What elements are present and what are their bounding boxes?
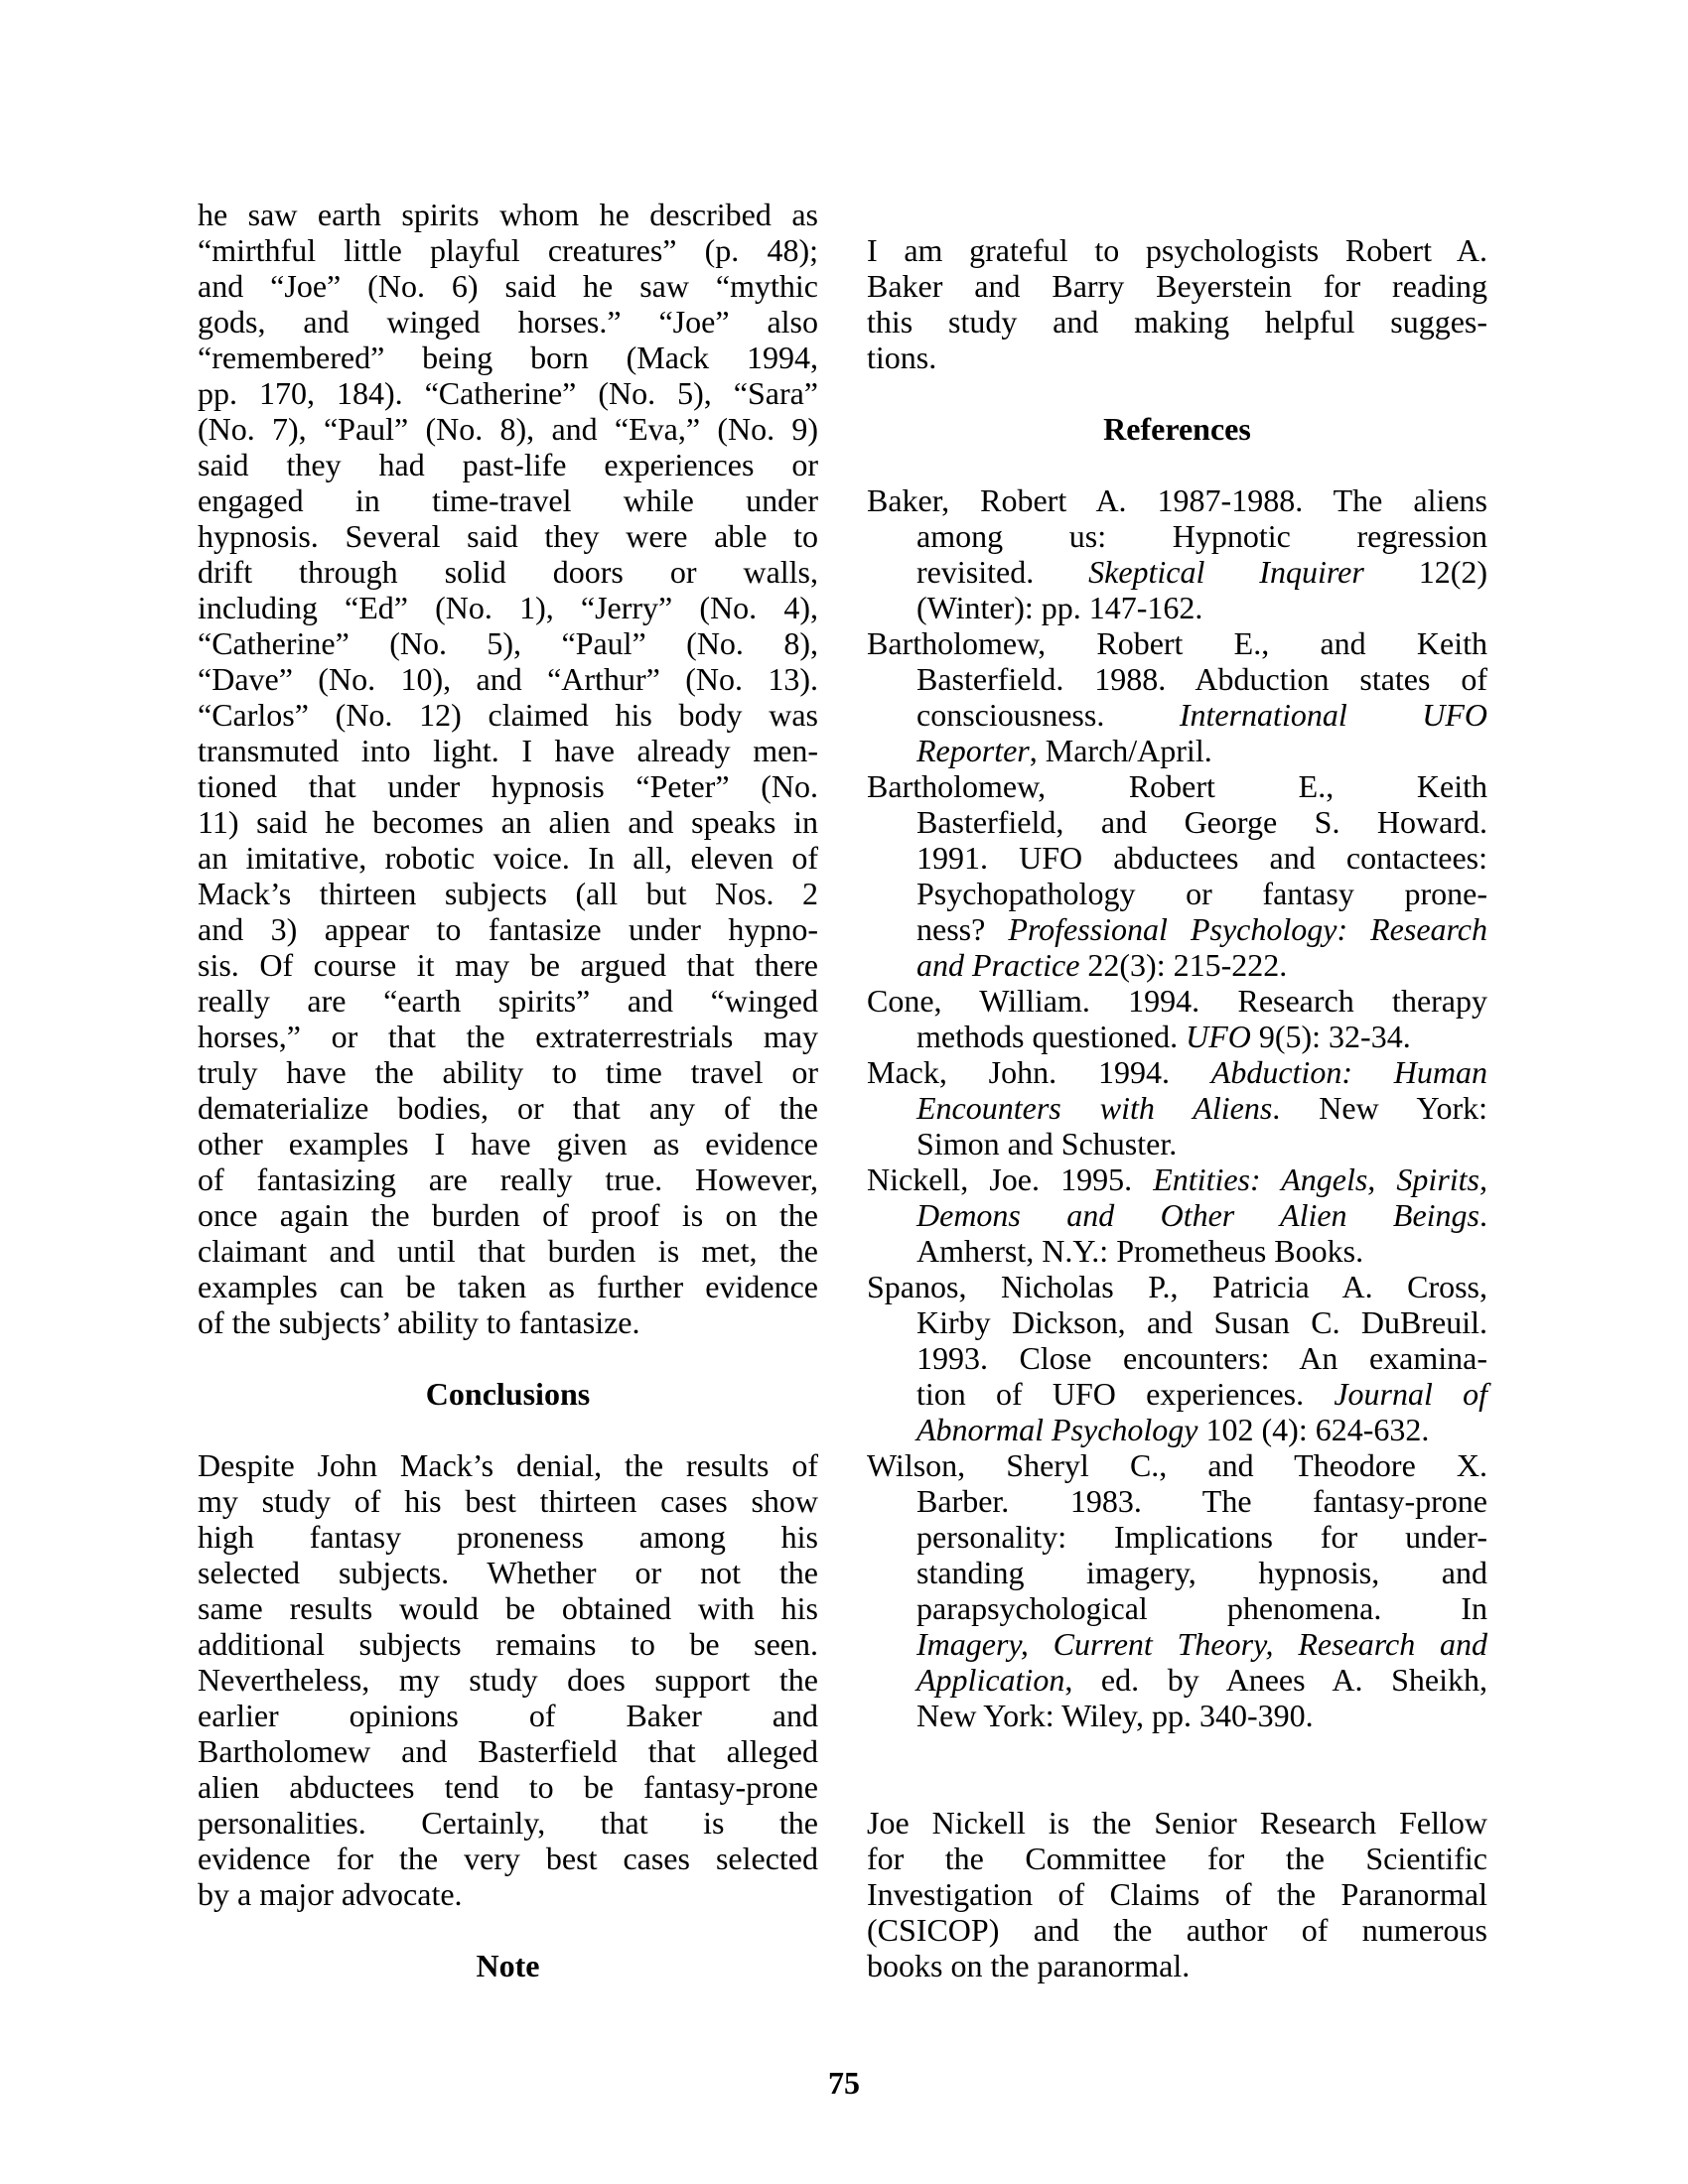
text-line: “Catherine” (No. 5), “Paul” (No. 8), <box>198 625 818 661</box>
italic-title: Encounters with Aliens <box>916 1090 1272 1126</box>
text-line: examples can be taken as further evidenc… <box>198 1269 818 1304</box>
reference-entry: Bartholomew, Robert E., KeithBasterfield… <box>867 768 1487 983</box>
reference-line: methods questioned. UFO 9(5): 32-34. <box>867 1019 1487 1054</box>
reference-line: (Winter): pp. 147-162. <box>867 590 1487 625</box>
text-line: he saw earth spirits whom he described a… <box>198 197 818 232</box>
reference-line: Application, ed. by Anees A. Sheikh, <box>867 1662 1487 1698</box>
italic-title: Entities: Angels, Spirits, <box>1153 1161 1487 1197</box>
reference-line: Imagery, Current Theory, Research and <box>867 1626 1487 1662</box>
reference-line: parapsychological phenomena. In <box>867 1590 1487 1626</box>
reference-line: Basterfield. 1988. Abduction states of <box>867 661 1487 697</box>
text-line: and “Joe” (No. 6) said he saw “mythic <box>198 268 818 304</box>
text-line: additional subjects remains to be seen. <box>198 1626 818 1662</box>
text-line: hypnosis. Several said they were able to <box>198 518 818 554</box>
spacer <box>867 1733 1487 1805</box>
reference-line: ness? Professional Psychology: Research <box>867 911 1487 947</box>
reference-line: personality: Implications for under- <box>867 1519 1487 1555</box>
reference-line: Bartholomew, Robert E., and Keith <box>867 625 1487 661</box>
text-line: sis. Of course it may be argued that the… <box>198 947 818 983</box>
italic-title: Imagery, Current Theory, Research and <box>916 1626 1487 1662</box>
text-line: and 3) appear to fantasize under hypno- <box>198 911 818 947</box>
reference-line: Basterfield, and George S. Howard. <box>867 804 1487 840</box>
reference-line: consciousness. International UFO <box>867 697 1487 733</box>
text-line: an imitative, robotic voice. In all, ele… <box>198 840 818 876</box>
text-line: Investigation of Claims of the Paranorma… <box>867 1876 1487 1912</box>
text-line: Bartholomew and Basterfield that alleged <box>198 1733 818 1769</box>
document-page: he saw earth spirits whom he described a… <box>0 0 1688 2184</box>
reference-line: 1991. UFO abductees and contactees: <box>867 840 1487 876</box>
conclusions-heading: Conclusions <box>198 1376 818 1412</box>
text-line: horses,” or that the extraterrestrials m… <box>198 1019 818 1054</box>
text-line: alien abductees tend to be fantasy-prone <box>198 1769 818 1805</box>
reference-line: standing imagery, hypnosis, and <box>867 1555 1487 1590</box>
reference-entry: Spanos, Nicholas P., Patricia A. Cross,K… <box>867 1269 1487 1447</box>
reference-line: revisited. Skeptical Inquirer 12(2) <box>867 554 1487 590</box>
body-paragraph: he saw earth spirits whom he described a… <box>198 197 818 1340</box>
text-line: earlier opinions of Baker and <box>198 1698 818 1733</box>
references-heading: References <box>867 411 1487 447</box>
italic-title: Journal of <box>1334 1376 1487 1412</box>
reference-line: Bartholomew, Robert E., Keith <box>867 768 1487 804</box>
note-heading: Note <box>198 1948 818 1983</box>
reference-line: Demons and Other Alien Beings. <box>867 1197 1487 1233</box>
text-line: gods, and winged horses.” “Joe” also <box>198 304 818 340</box>
text-line: engaged in time-travel while under <box>198 482 818 518</box>
reference-line: and Practice 22(3): 215-222. <box>867 947 1487 983</box>
text-line: personalities. Certainly, that is the <box>198 1805 818 1841</box>
reference-line: Abnormal Psychology 102 (4): 624-632. <box>867 1412 1487 1447</box>
text-line: other examples I have given as evidence <box>198 1126 818 1161</box>
text-line: pp. 170, 184). “Catherine” (No. 5), “Sar… <box>198 375 818 411</box>
text-line: really are “earth spirits” and “winged <box>198 983 818 1019</box>
right-column: I am grateful to psychologists Robert A.… <box>867 232 1487 1983</box>
text-line: selected subjects. Whether or not the <box>198 1555 818 1590</box>
left-column: he saw earth spirits whom he described a… <box>198 197 818 2019</box>
text-line: said they had past-life experiences or <box>198 447 818 482</box>
reference-line: Simon and Schuster. <box>867 1126 1487 1161</box>
reference-entry: Bartholomew, Robert E., and KeithBasterf… <box>867 625 1487 768</box>
reference-line: Spanos, Nicholas P., Patricia A. Cross, <box>867 1269 1487 1304</box>
text-line: “Dave” (No. 10), and “Arthur” (No. 13). <box>198 661 818 697</box>
reference-line: 1993. Close encounters: An examina- <box>867 1340 1487 1376</box>
text-line: “Carlos” (No. 12) claimed his body was <box>198 697 818 733</box>
reference-line: Nickell, Joe. 1995. Entities: Angels, Sp… <box>867 1161 1487 1197</box>
reference-line: Kirby Dickson, and Susan C. DuBreuil. <box>867 1304 1487 1340</box>
text-line: Despite John Mack’s denial, the results … <box>198 1447 818 1483</box>
reference-line: Reporter, March/April. <box>867 733 1487 768</box>
text-line: tions. <box>867 340 1487 375</box>
reference-entry: Cone, William. 1994. Research therapymet… <box>867 983 1487 1054</box>
text-line: of fantasizing are really true. However, <box>198 1161 818 1197</box>
text-line: my study of his best thirteen cases show <box>198 1483 818 1519</box>
text-line: (CSICOP) and the author of numerous <box>867 1912 1487 1948</box>
reference-line: among us: Hypnotic regression <box>867 518 1487 554</box>
text-line: claimant and until that burden is met, t… <box>198 1233 818 1269</box>
text-line: I am grateful to psychologists Robert A. <box>867 232 1487 268</box>
italic-title: Application <box>916 1662 1064 1698</box>
italic-title: Abnormal Psychology <box>916 1412 1198 1447</box>
reference-line: Baker, Robert A. 1987-1988. The aliens <box>867 482 1487 518</box>
reference-entry: Mack, John. 1994. Abduction: HumanEncoun… <box>867 1054 1487 1161</box>
text-line: tioned that under hypnosis “Peter” (No. <box>198 768 818 804</box>
italic-title: Demons and Other Alien Beings <box>916 1197 1479 1233</box>
reference-line: Mack, John. 1994. Abduction: Human <box>867 1054 1487 1090</box>
text-line: high fantasy proneness among his <box>198 1519 818 1555</box>
text-line: Mack’s thirteen subjects (all but Nos. 2 <box>198 876 818 911</box>
text-line: Nevertheless, my study does support the <box>198 1662 818 1698</box>
text-line: this study and making helpful sugges- <box>867 304 1487 340</box>
text-line: evidence for the very best cases selecte… <box>198 1841 818 1876</box>
reference-line: tion of UFO experiences. Journal of <box>867 1376 1487 1412</box>
text-line: drift through solid doors or walls, <box>198 554 818 590</box>
reference-line: Encounters with Aliens. New York: <box>867 1090 1487 1126</box>
text-line: transmuted into light. I have already me… <box>198 733 818 768</box>
italic-title: Professional Psychology: Research <box>1008 911 1487 947</box>
text-line: 11) said he becomes an alien and speaks … <box>198 804 818 840</box>
text-line: dematerialize bodies, or that any of the <box>198 1090 818 1126</box>
text-line: “mirthful little playful creatures” (p. … <box>198 232 818 268</box>
text-line: once again the burden of proof is on the <box>198 1197 818 1233</box>
reference-entry: Wilson, Sheryl C., and Theodore X.Barber… <box>867 1447 1487 1733</box>
reference-line: Wilson, Sheryl C., and Theodore X. <box>867 1447 1487 1483</box>
text-line: truly have the ability to time travel or <box>198 1054 818 1090</box>
references-list: Baker, Robert A. 1987-1988. The aliensam… <box>867 482 1487 1733</box>
text-line: same results would be obtained with his <box>198 1590 818 1626</box>
conclusions-paragraph: Despite John Mack’s denial, the results … <box>198 1447 818 1912</box>
text-line: Joe Nickell is the Senior Research Fello… <box>867 1805 1487 1841</box>
reference-entry: Nickell, Joe. 1995. Entities: Angels, Sp… <box>867 1161 1487 1269</box>
acknowledgement-note: I am grateful to psychologists Robert A.… <box>867 232 1487 375</box>
italic-title: Skeptical Inquirer <box>1088 554 1364 590</box>
italic-title: and Practice <box>916 947 1079 983</box>
italic-title: Abduction: Human <box>1211 1054 1487 1090</box>
text-line: including “Ed” (No. 1), “Jerry” (No. 4), <box>198 590 818 625</box>
text-line: “remembered” being born (Mack 1994, <box>198 340 818 375</box>
reference-entry: Baker, Robert A. 1987-1988. The aliensam… <box>867 482 1487 625</box>
reference-line: Amherst, N.Y.: Prometheus Books. <box>867 1233 1487 1269</box>
text-line: Baker and Barry Beyerstein for reading <box>867 268 1487 304</box>
reference-line: Psychopathology or fantasy prone- <box>867 876 1487 911</box>
italic-title: Reporter <box>916 733 1030 768</box>
text-line: books on the paranormal. <box>867 1948 1487 1983</box>
text-line: (No. 7), “Paul” (No. 8), and “Eva,” (No.… <box>198 411 818 447</box>
reference-line: Cone, William. 1994. Research therapy <box>867 983 1487 1019</box>
text-line: of the subjects’ ability to fantasize. <box>198 1304 818 1340</box>
text-line: for the Committee for the Scientific <box>867 1841 1487 1876</box>
reference-line: New York: Wiley, pp. 340-390. <box>867 1698 1487 1733</box>
reference-line: Barber. 1983. The fantasy-prone <box>867 1483 1487 1519</box>
text-line: by a major advocate. <box>198 1876 818 1912</box>
author-bio: Joe Nickell is the Senior Research Fello… <box>867 1805 1487 1983</box>
italic-title: International UFO <box>1180 697 1487 733</box>
page-number: 75 <box>0 2065 1688 2101</box>
italic-title: UFO <box>1186 1019 1251 1054</box>
